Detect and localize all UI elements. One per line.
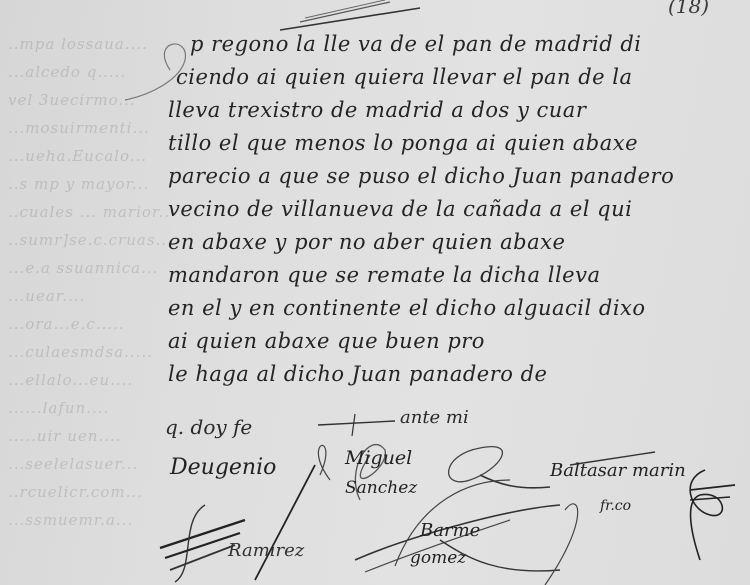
text-line: en abaxe y por no aber quien abaxe	[168, 226, 748, 259]
manuscript-body: p regono la lle va de el pan de madrid d…	[168, 28, 748, 391]
folio-number: (18)	[668, 0, 709, 18]
signature-ramirez: Ramirez	[228, 540, 304, 561]
signature-baltasar-marin: Baltasar marin	[550, 460, 686, 481]
signature-sanchez: Sanchez	[345, 478, 417, 498]
text-line: le haga al dicho Juan panadero de	[168, 358, 748, 391]
text-line: ciendo ai quien quiera llevar el pan de …	[168, 61, 748, 94]
manuscript-page: ..mpa lossaua.... ...alcedo q..... vel 3…	[0, 0, 750, 585]
text-line: vecino de villanueva de la cañada a el q…	[168, 193, 748, 226]
signature-francisco: fr.co	[600, 498, 631, 514]
closing-doy-fe: q. doy fe	[165, 415, 252, 439]
text-line: en el y en continente el dicho alguacil …	[168, 292, 748, 325]
text-line: lleva trexistro de madrid a dos y cuar	[168, 94, 748, 127]
bleed-line: ...ssmuemr.a...	[0, 506, 300, 534]
text-line: mandaron que se remate la dicha lleva	[168, 259, 748, 292]
bleed-line: .....uir uen....	[0, 422, 300, 450]
signature-eugenio: Deugenio	[170, 455, 276, 480]
signature-gomez: gomez	[410, 548, 466, 568]
bleed-line: ......lafun....	[0, 394, 300, 422]
text-line: p regono la lle va de el pan de madrid d…	[168, 28, 748, 61]
text-line: ai quien abaxe que buen pro	[168, 325, 748, 358]
bleed-line: ..rcuelicr.com...	[0, 478, 300, 506]
signature-miguel: Miguel	[345, 447, 412, 469]
notary-attestation: ante mi	[400, 407, 469, 428]
text-line: tillo el que menos lo ponga ai quien aba…	[168, 127, 748, 160]
signature-barme: Barme	[420, 520, 480, 541]
text-line: parecio a que se puso el dicho Juan pana…	[168, 160, 748, 193]
